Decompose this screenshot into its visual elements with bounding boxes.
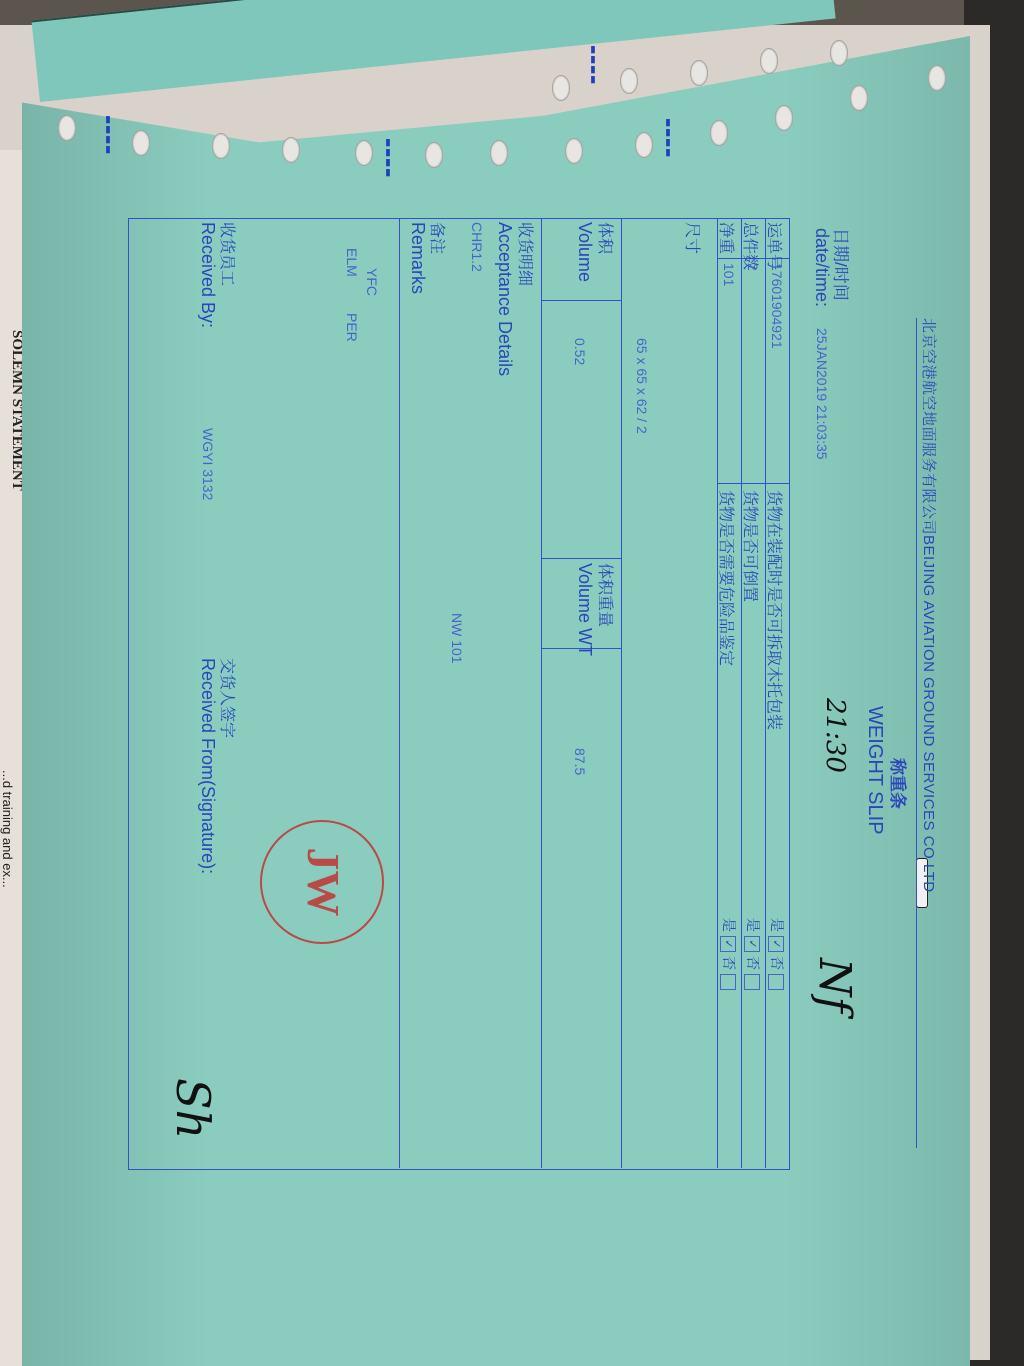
table-rule <box>399 218 400 1168</box>
solemn-statement-body: ...d training and ex... <box>0 770 15 888</box>
acceptance-label-cn: 收货明细 <box>515 222 538 286</box>
handwritten-signature-bottom: Sh <box>166 1078 220 1139</box>
weight-slip-form: 北京空港航空地面服务有限公司BEIJING AVIATION GROUND SE… <box>140 318 940 1198</box>
date-label-cn: 日期/时间 <box>830 228 855 301</box>
pin-feed-marking: ▮▮▮▮ <box>665 118 673 158</box>
question-3: 货物是否需要危险品鉴定 <box>716 490 739 666</box>
perforation-hole <box>282 137 300 163</box>
received-from-label-en: Received From(Signature): <box>197 658 218 874</box>
volume-wt-label-en: Volume WT <box>574 563 595 656</box>
table-rule <box>542 558 622 559</box>
perforation-hole <box>710 120 728 146</box>
jw-stamp: JW <box>260 820 384 944</box>
remarks-label-en: Remarks <box>407 222 428 294</box>
no-label: 否 <box>721 956 737 970</box>
dimensions-label: 尺寸 <box>682 222 705 254</box>
table-rule <box>717 218 718 1168</box>
volume-wt-value: 87.5 <box>572 748 588 775</box>
perforation-hole <box>850 85 868 111</box>
perforation-hole <box>212 133 230 159</box>
volume-label-cn: 体积 <box>595 222 618 254</box>
perforation-hole <box>760 48 778 74</box>
question-1: 货物在装配时是否可拆取木托包装 <box>764 490 787 730</box>
received-by-label-cn: 收货员工 <box>217 222 240 286</box>
title-en: WEIGHT SLIP <box>863 706 886 835</box>
acceptance-label-en: Acceptance Details <box>494 222 515 376</box>
table-rule <box>718 483 790 484</box>
acceptance-value: CHR1.2 <box>469 222 485 272</box>
volume-label-en: Volume <box>574 222 595 282</box>
table-rule <box>542 300 622 301</box>
perforation-hole <box>355 140 373 166</box>
table-rule <box>621 218 622 1168</box>
nw-value: NW 101 <box>449 613 465 664</box>
perforation-hole <box>690 60 708 86</box>
yes-label: 是 <box>721 918 737 932</box>
company-header: 北京空港航空地面服务有限公司BEIJING AVIATION GROUND SE… <box>916 318 940 1148</box>
perforation-hole <box>565 138 583 164</box>
received-from-label-cn: 交货人签字 <box>217 658 240 738</box>
received-by-label-en: Received By: <box>197 222 218 328</box>
remark-3: PER <box>344 313 360 342</box>
net-weight-label: 净重 <box>716 222 739 254</box>
no-checkbox[interactable] <box>744 974 760 990</box>
question-1-options: 是✓否 <box>767 918 787 994</box>
yes-label: 是 <box>745 918 761 932</box>
perforation-hole <box>58 115 76 141</box>
pieces-value: 2 <box>745 263 761 271</box>
table-rule <box>541 218 542 1168</box>
question-2-options: 是✓否 <box>743 918 763 994</box>
perforation-hole <box>635 132 653 158</box>
no-checkbox[interactable] <box>720 974 736 990</box>
no-checkbox[interactable] <box>768 974 784 990</box>
perforation-hole <box>425 142 443 168</box>
dimensions-value: 65 x 65 x 62 / 2 <box>634 338 650 434</box>
question-3-options: 是✓否 <box>719 918 739 994</box>
no-label: 否 <box>745 956 761 970</box>
pin-feed-marking: ▮▮▮▮ <box>590 45 598 85</box>
received-by-value: WGYI 3132 <box>200 428 216 500</box>
net-weight-value: 101 <box>721 263 737 286</box>
perforation-hole <box>928 65 946 91</box>
perforation-hole <box>132 130 150 156</box>
yes-checkbox[interactable]: ✓ <box>768 936 784 952</box>
perforation-hole <box>490 140 508 166</box>
handwritten-signature-top: Nf <box>809 958 860 1013</box>
yes-label: 是 <box>769 918 785 932</box>
remarks-label-cn: 备注 <box>427 222 450 254</box>
title-cn: 称重条 <box>887 758 912 809</box>
waybill-value: 17601904921 <box>769 263 785 349</box>
perforation-hole <box>552 75 570 101</box>
pin-feed-marking: ▮▮▮▮ <box>105 115 113 155</box>
perforation-hole <box>775 105 793 131</box>
perforation-hole <box>830 40 848 66</box>
volume-value: 0.52 <box>572 338 588 365</box>
handwritten-time: 21:30 <box>820 698 850 773</box>
pin-feed-marking: ▮▮▮▮ <box>385 138 393 178</box>
no-label: 否 <box>769 956 785 970</box>
perforation-hole <box>620 68 638 94</box>
remark-2: ELM <box>344 248 360 277</box>
yes-checkbox[interactable]: ✓ <box>744 936 760 952</box>
table-rule <box>741 218 742 1168</box>
date-value: 25JAN2019 21:03:35 <box>814 328 830 460</box>
question-2: 货物是否可倒置 <box>740 490 763 602</box>
remark-1: YFC <box>364 268 380 296</box>
volume-wt-label-cn: 体积重量 <box>595 563 618 627</box>
date-label-en: date/time: <box>811 228 832 307</box>
yes-checkbox[interactable]: ✓ <box>720 936 736 952</box>
